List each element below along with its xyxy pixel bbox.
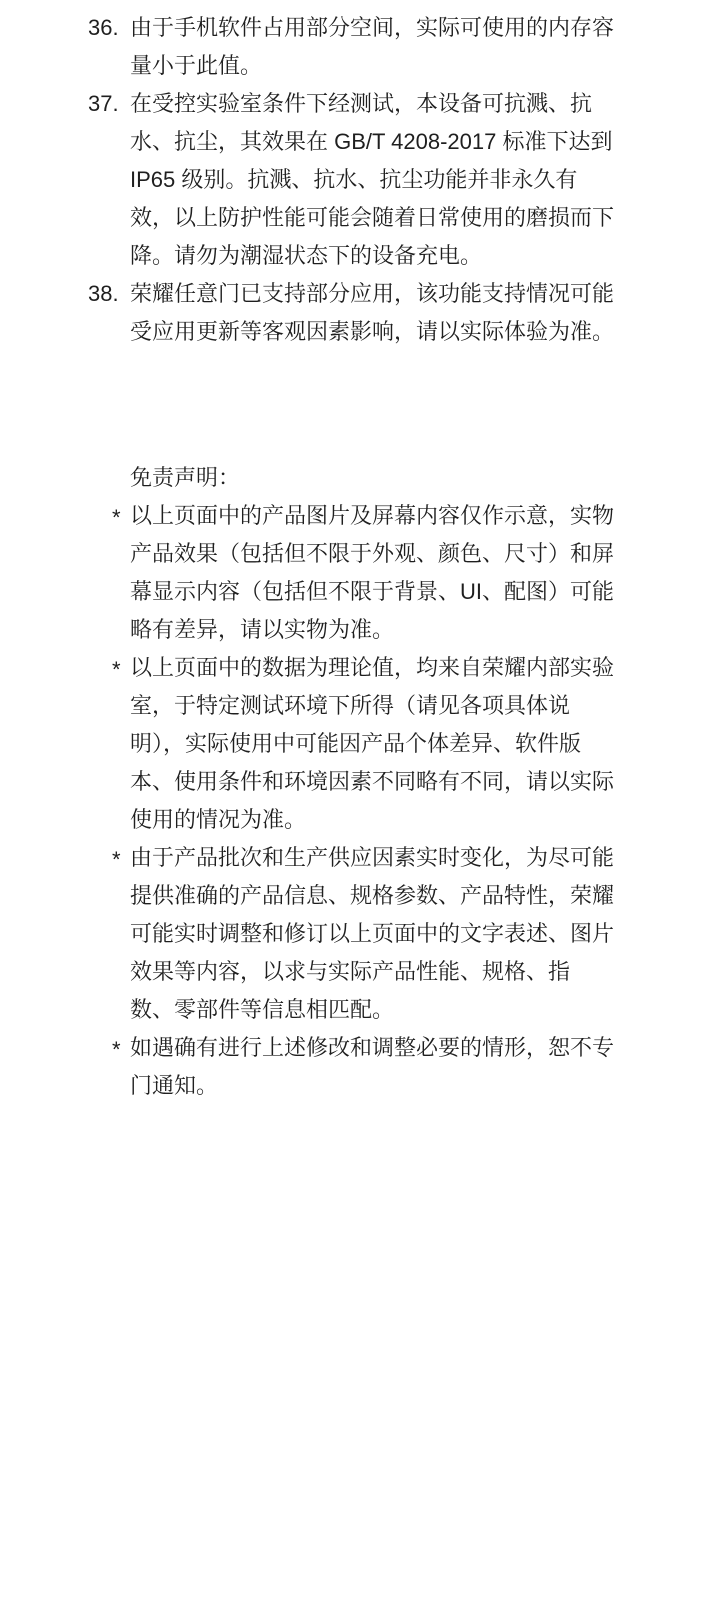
disclaimer-line: 产品效果（包括但不限于外观、颜色、尺寸）和屏 bbox=[130, 535, 701, 573]
note-line: 水、抗尘，其效果在 GB/T 4208-2017 标准下达到 bbox=[130, 123, 701, 161]
disclaimer-line: 效果等内容，以求与实际产品性能、规格、指 bbox=[130, 953, 701, 991]
note-line: 降。请勿为潮湿状态下的设备充电。 bbox=[130, 237, 701, 275]
note-line: 在受控实验室条件下经测试，本设备可抗溅、抗 bbox=[130, 85, 701, 123]
disclaimer-line: 提供准确的产品信息、规格参数、产品特性，荣耀 bbox=[130, 877, 701, 915]
note-line: 荣耀任意门已支持部分应用，该功能支持情况可能 bbox=[130, 275, 701, 313]
disclaimer-bullet-2: * 以上页面中的数据为理论值，均来自荣耀内部实验 室，于特定测试环境下所得（请见… bbox=[0, 649, 701, 839]
clipped-previous-line-text: 为准。 bbox=[130, 0, 196, 8]
disclaimer-bullet-1: * 以上页面中的产品图片及屏幕内容仅作示意，实物 产品效果（包括但不限于外观、颜… bbox=[0, 497, 701, 649]
asterisk-marker: * bbox=[112, 499, 121, 537]
note-item-36: 36. 由于手机软件占用部分空间，实际可使用的内存容 量小于此值。 bbox=[0, 9, 701, 85]
disclaimer-line: 幕显示内容（包括但不限于背景、UI、配图）可能 bbox=[130, 573, 701, 611]
disclaimer-line: 由于产品批次和生产供应因素实时变化，为尽可能 bbox=[130, 839, 701, 877]
disclaimer-bullet-3: * 由于产品批次和生产供应因素实时变化，为尽可能 提供准确的产品信息、规格参数、… bbox=[0, 839, 701, 1029]
disclaimer-line: 如遇确有进行上述修改和调整必要的情形，恕不专 bbox=[130, 1029, 701, 1067]
asterisk-marker: * bbox=[112, 841, 121, 879]
product-notes-page: 为准。 36. 由于手机软件占用部分空间，实际可使用的内存容 量小于此值。 37… bbox=[0, 0, 701, 1600]
disclaimer-heading: 免责声明： bbox=[0, 459, 701, 497]
disclaimer-line: 以上页面中的产品图片及屏幕内容仅作示意，实物 bbox=[130, 497, 701, 535]
note-item-37: 37. 在受控实验室条件下经测试，本设备可抗溅、抗 水、抗尘，其效果在 GB/T… bbox=[0, 85, 701, 275]
note-line: 受应用更新等客观因素影响，请以实际体验为准。 bbox=[130, 313, 701, 351]
disclaimer-line: 门通知。 bbox=[130, 1067, 701, 1105]
disclaimer-line: 可能实时调整和修订以上页面中的文字表述、图片 bbox=[130, 915, 701, 953]
numbered-notes-list: 36. 由于手机软件占用部分空间，实际可使用的内存容 量小于此值。 37. 在受… bbox=[0, 9, 701, 351]
note-number: 37. bbox=[88, 85, 119, 123]
clipped-previous-line: 为准。 bbox=[130, 0, 196, 8]
note-item-38: 38. 荣耀任意门已支持部分应用，该功能支持情况可能 受应用更新等客观因素影响，… bbox=[0, 275, 701, 351]
note-line: 由于手机软件占用部分空间，实际可使用的内存容 bbox=[130, 9, 701, 47]
disclaimer-line: 略有差异，请以实物为准。 bbox=[130, 611, 701, 649]
asterisk-marker: * bbox=[112, 651, 121, 689]
disclaimer-line: 室，于特定测试环境下所得（请见各项具体说 bbox=[130, 687, 701, 725]
disclaimer-line: 使用的情况为准。 bbox=[130, 801, 701, 839]
disclaimer-line: 本、使用条件和环境因素不同略有不同，请以实际 bbox=[130, 763, 701, 801]
note-line: 量小于此值。 bbox=[130, 47, 701, 85]
disclaimer-line: 数、零部件等信息相匹配。 bbox=[130, 991, 701, 1029]
disclaimer-section: 免责声明： * 以上页面中的产品图片及屏幕内容仅作示意，实物 产品效果（包括但不… bbox=[0, 459, 701, 1105]
note-line: 效，以上防护性能可能会随着日常使用的磨损而下 bbox=[130, 199, 701, 237]
note-line: IP65 级别。抗溅、抗水、抗尘功能并非永久有 bbox=[130, 161, 701, 199]
disclaimer-line: 以上页面中的数据为理论值，均来自荣耀内部实验 bbox=[130, 649, 701, 687]
note-number: 38. bbox=[88, 275, 119, 313]
asterisk-marker: * bbox=[112, 1031, 121, 1069]
note-number: 36. bbox=[88, 9, 119, 47]
disclaimer-line: 明），实际使用中可能因产品个体差异、软件版 bbox=[130, 725, 701, 763]
disclaimer-bullet-4: * 如遇确有进行上述修改和调整必要的情形，恕不专 门通知。 bbox=[0, 1029, 701, 1105]
